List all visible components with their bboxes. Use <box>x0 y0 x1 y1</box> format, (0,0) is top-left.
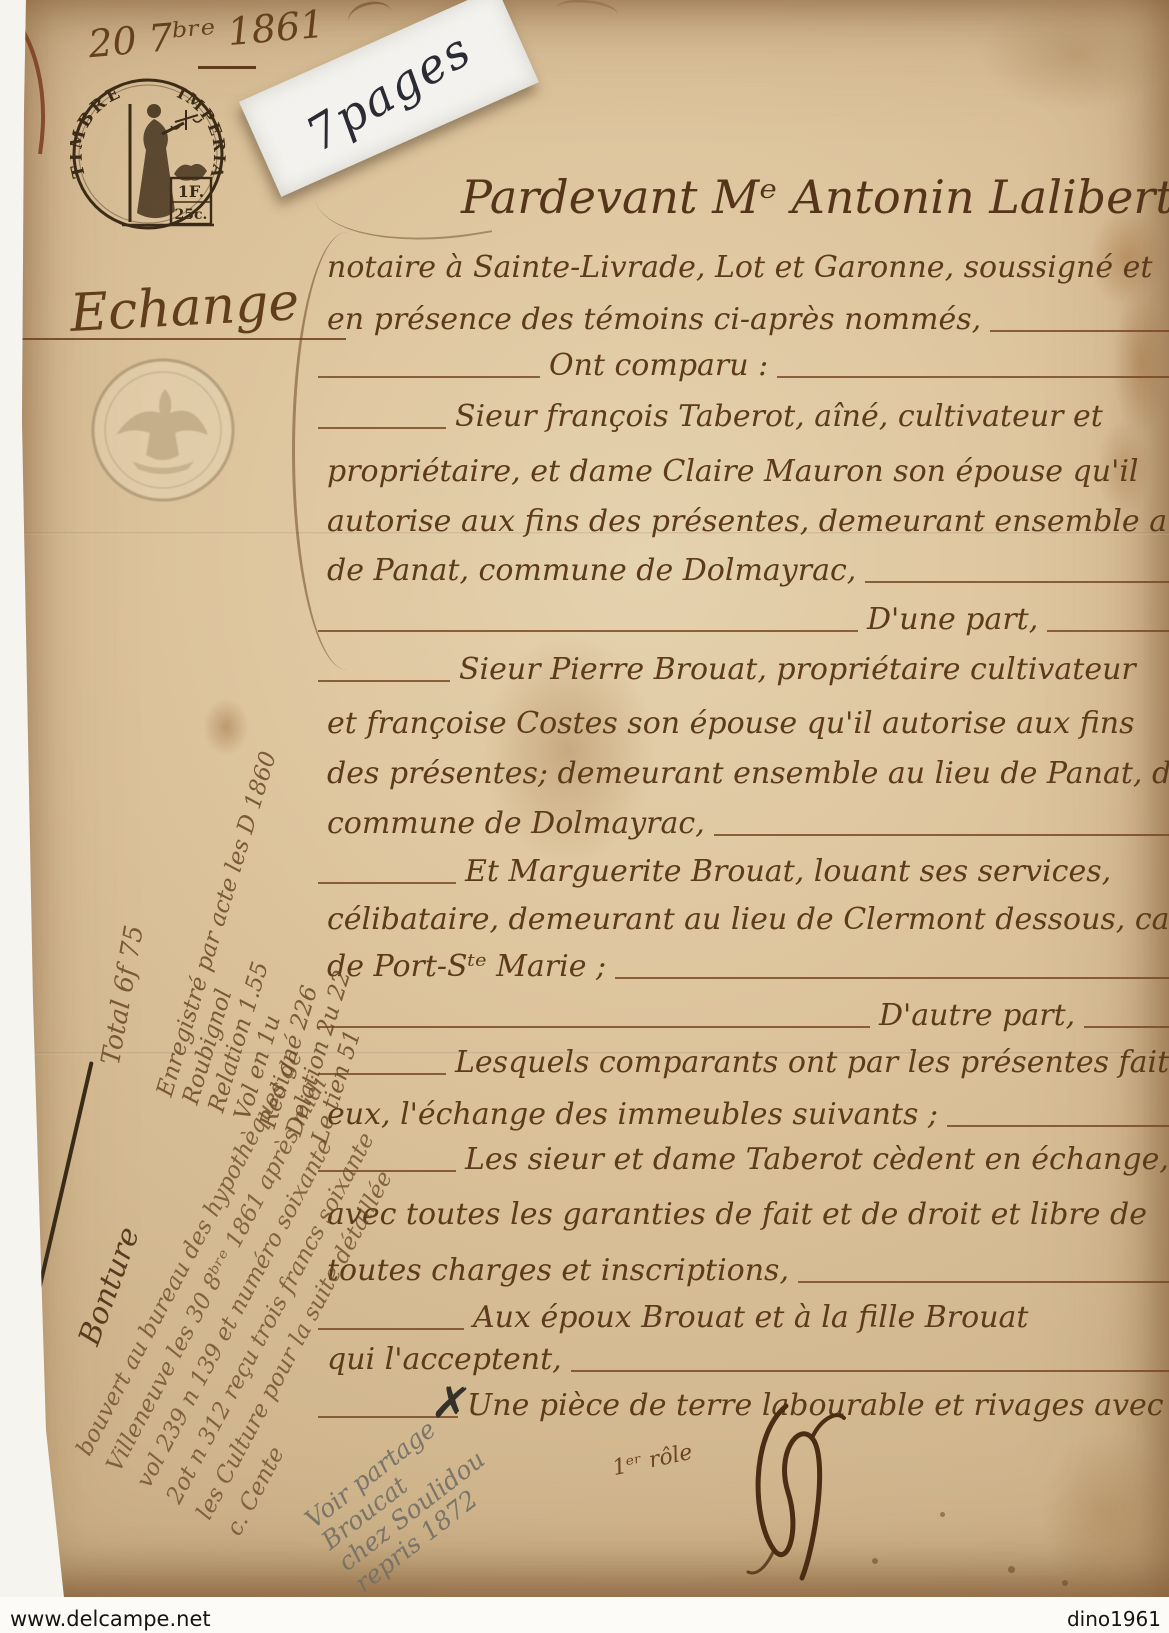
binding-thread <box>2 1286 22 1534</box>
stamp-value-franc: 1F. <box>178 182 204 201</box>
paraph-flourish <box>712 1392 882 1587</box>
watermark-seller: dino1961 <box>1067 1607 1161 1631</box>
watermark-strip: www.delcampe.net dino1961 <box>0 1597 1169 1633</box>
ink-stain <box>1040 1430 1169 1600</box>
ink-flourish <box>555 0 619 26</box>
body-line: de Port-Sᵗᵉ Marie ; <box>318 947 1169 989</box>
stamp-figure-body <box>137 119 175 218</box>
body-line: notaire à Sainte-Livrade, Lot et Garonne… <box>318 248 1169 290</box>
ink-flourish <box>345 0 395 36</box>
body-line: en présence des témoins ci-après nommés, <box>318 300 1169 342</box>
act-type-label: Echange <box>69 272 301 344</box>
body-line: commune de Dolmayrac, <box>318 804 1169 846</box>
ink-stain <box>203 698 249 756</box>
margin-pen-stroke <box>26 1061 93 1337</box>
body-line: Aux époux Brouat et à la fille Brouat <box>318 1298 1169 1340</box>
act-type-underline <box>0 338 346 340</box>
body-line: célibataire, demeurant au lieu de Clermo… <box>318 900 1169 942</box>
binding-thread <box>0 4 72 174</box>
role-note: 1ᵉʳ rôle <box>610 1440 694 1481</box>
embossed-eagle-seal <box>88 355 238 505</box>
body-line: propriétaire, et dame Claire Mauron son … <box>318 452 1169 494</box>
body-line: avec toutes les garanties de fait et de … <box>318 1195 1169 1237</box>
date-underline <box>198 66 256 69</box>
stamp-arc-left: TIMBRE <box>70 82 126 180</box>
body-line: Lesquels comparants ont par les présente… <box>318 1043 1169 1085</box>
svg-text:TIMBRE: TIMBRE <box>70 82 126 180</box>
body-line: D'autre part, <box>318 996 1169 1038</box>
body-line: Ont comparu : <box>318 346 1169 388</box>
margin-total-note: Total 6f 75 <box>96 923 150 1067</box>
body-line: des présentes; demeurant ensemble au lie… <box>318 754 1169 796</box>
scanned-document: 20 7ᵇʳᵉ 1861 TIMBRE IMPERIAL. <box>0 0 1169 1633</box>
body-line: Pardevant Mᵉ Antonin Lalibert <box>452 166 1169 230</box>
body-line: Et Marguerite Brouat, louant ses service… <box>318 852 1169 894</box>
stamp-figure-head <box>147 104 161 118</box>
document-date: 20 7ᵇʳᵉ 1861 <box>87 2 326 66</box>
ink-speck <box>940 1512 945 1517</box>
timbre-imperial-stamp: TIMBRE IMPERIAL. 1F. 25c. <box>70 76 226 232</box>
ink-speck <box>1008 1566 1015 1573</box>
paper-sheet: 20 7ᵇʳᵉ 1861 TIMBRE IMPERIAL. <box>0 0 1169 1597</box>
body-line: Sieur Pierre Brouat, propriétaire cultiv… <box>318 650 1169 692</box>
body-line: Sieur françois Taberot, aîné, cultivateu… <box>318 397 1169 439</box>
ink-stain <box>980 0 1169 110</box>
body-line: autorise aux fins des présentes, demeura… <box>318 502 1169 544</box>
body-line: toutes charges et inscriptions, <box>318 1251 1169 1293</box>
ink-speck <box>1062 1580 1068 1586</box>
pencil-note: Voir partage Broucat chez Soulidou repri… <box>300 1403 506 1597</box>
watermark-site: www.delcampe.net <box>10 1607 211 1631</box>
body-line: de Panat, commune de Dolmayrac, <box>318 551 1169 593</box>
body-line: D'une part, <box>318 600 1169 642</box>
stamp-value-cent: 25c. <box>175 207 208 223</box>
body-line: et françoise Costes son épouse qu'il aut… <box>318 704 1169 746</box>
